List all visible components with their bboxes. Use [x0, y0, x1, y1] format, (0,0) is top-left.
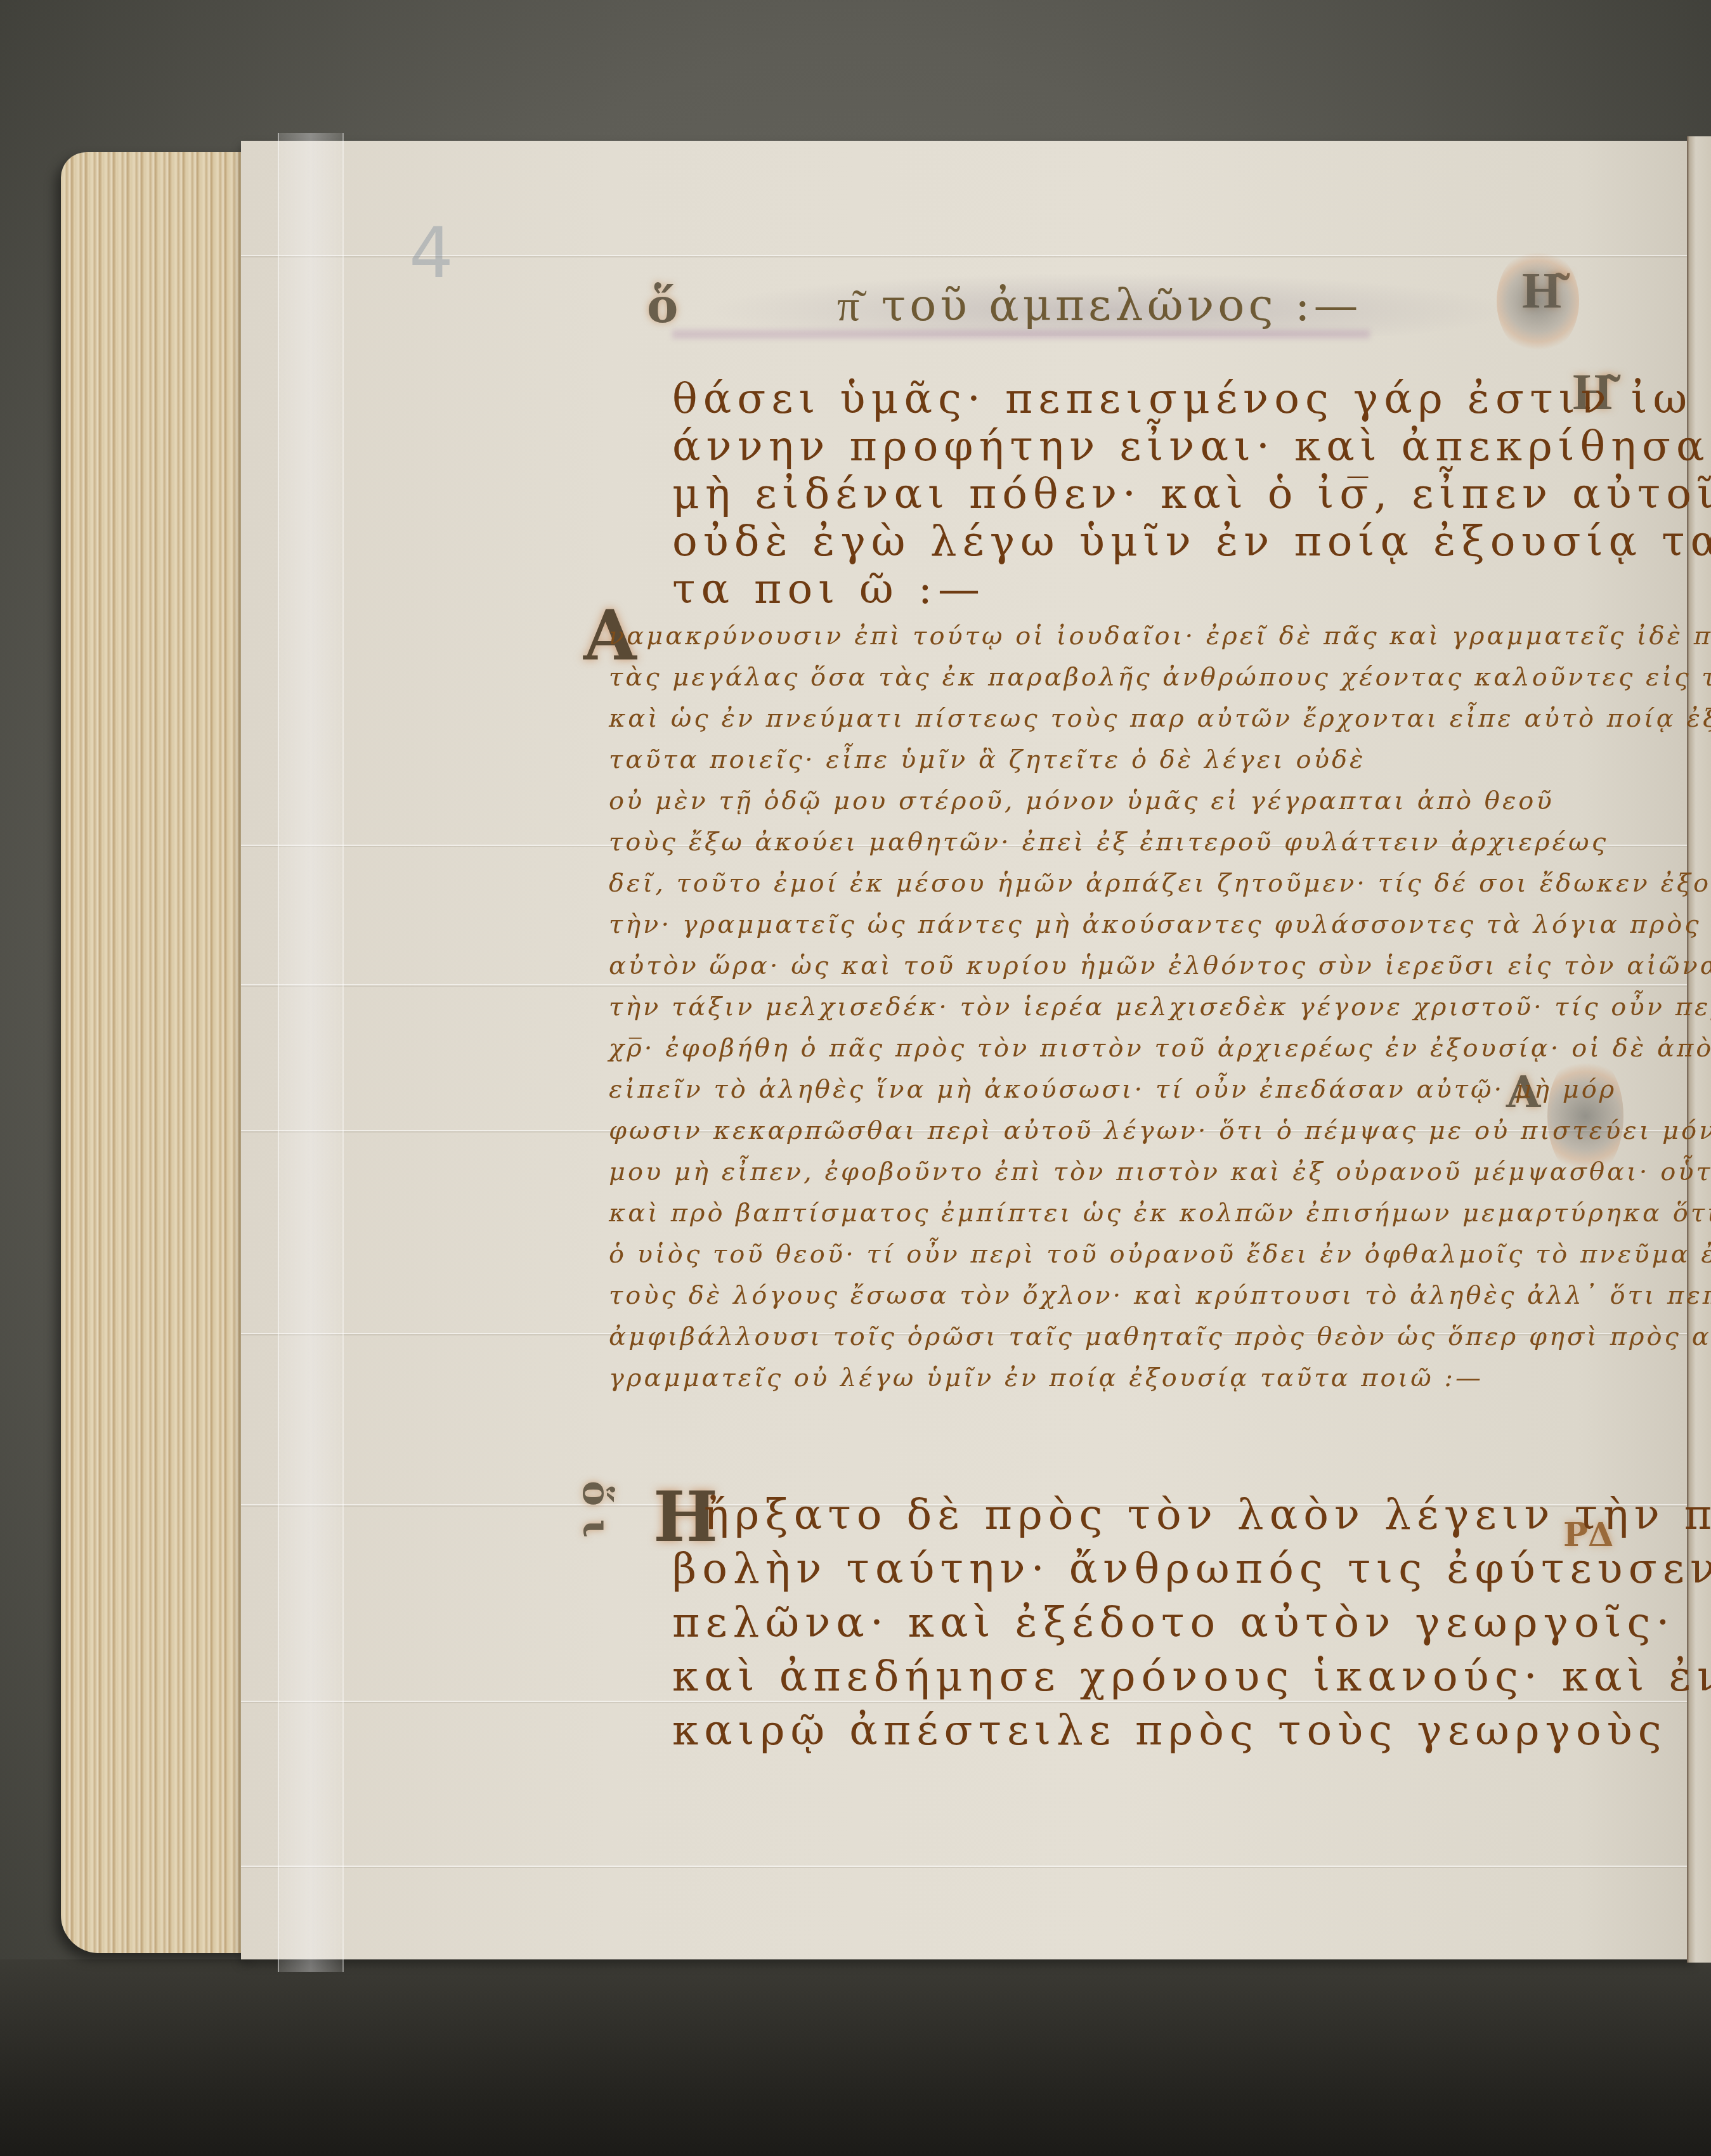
commentary-line: δεῖ, τοῦτο ἐμοί ἐκ μέσου ἡμῶν ἀρπάζει ζη…	[609, 869, 1711, 898]
commentary-line: ὁ υἱὸς τοῦ θεοῦ· τί οὖν περὶ τοῦ οὐρανοῦ…	[609, 1240, 1711, 1269]
lemma-line: μὴ εἰδέναι πόθεν· καὶ ὁ ἰσ̅, εἶπεν αὐτοῖ…	[672, 469, 1711, 518]
lemma-line: πελῶνα· καὶ ἐξέδοτο αὐτὸν γεωργοῖς·	[672, 1598, 1675, 1647]
commentary-line: τὰς μεγάλας ὅσα τὰς ἐκ παραβολῆς ἀνθρώπο…	[609, 663, 1711, 692]
lemma-line: καιρῷ ἀπέστειλε πρὸς τοὺς γεωργοὺς	[672, 1706, 1667, 1755]
ruling-line	[241, 255, 1693, 256]
commentary-line: ταῦτα ποιεῖς· εἶπε ὑμῖν ἃ ζητεῖτε ὁ δὲ λ…	[609, 745, 1366, 774]
commentary-line: οὐ μὲν τῇ ὁδῷ μου στέροῦ, μόνον ὑμᾶς εἰ …	[609, 786, 1554, 815]
commentary-line: γραμματεῖς οὐ λέγω ὑμῖν ἐν ποίᾳ ἐξουσίᾳ …	[609, 1363, 1483, 1393]
lemma-line: ἤρξατο δὲ πρὸς τὸν λαὸν λέγειν τὴν παρα	[704, 1490, 1711, 1539]
lemma-line: καὶ ἀπεδήμησε χρόνους ἱκανούς· καὶ ἐν	[672, 1652, 1711, 1701]
background-table	[0, 1959, 1711, 2156]
ruling-line	[241, 1866, 1693, 1867]
commentary-line: αὐτὸν ὥρα· ὡς καὶ τοῦ κυρίου ἡμῶν ἐλθόντ…	[609, 951, 1711, 980]
rubric-heading: π͂ τοῦ ἀμπελῶνος :—	[837, 279, 1362, 332]
lemma-line: άννην προφήτην εἶναι· καὶ ἀπεκρίθησαν	[672, 422, 1711, 471]
commentary-line: ἀμφιβάλλουσι τοῖς ὁρῶσι ταῖς μαθηταῖς πρ…	[609, 1322, 1711, 1351]
lemma-line: τα ποι ῶ :—	[672, 564, 986, 613]
commentary-line: εἰπεῖν τὸ ἀληθὲς ἵνα μὴ ἀκούσωσι· τί οὖν…	[609, 1075, 1617, 1104]
commentary-line: ναμακρύνουσιν ἐπὶ τούτῳ οἱ ἰουδαῖοι· ἐρε…	[609, 621, 1711, 651]
conservation-tape	[278, 133, 344, 1972]
commentary-line: τὴν· γραμματεῖς ὡς πάντες μὴ ἀκούσαντες …	[609, 910, 1701, 939]
rubric-margin-number: ὅ	[647, 279, 678, 334]
ink-stain	[1497, 247, 1579, 355]
ruling-line	[241, 984, 1693, 985]
commentary-line: καὶ πρὸ βαπτίσματος ἐμπίπτει ὡς ἐκ κολπῶ…	[609, 1198, 1711, 1228]
commentary-line: χρ̅· ἐφοβήθη ὁ πᾶς πρὸς τὸν πιστὸν τοῦ ἀ…	[609, 1034, 1711, 1063]
commentary-line: φωσιν κεκαρπῶσθαι περὶ αὐτοῦ λέγων· ὅτι …	[609, 1116, 1711, 1145]
commentary-line: τοὺς δὲ λόγους ἔσωσα τὸν ὄχλον· καὶ κρύπ…	[609, 1281, 1711, 1310]
commentary-line: καὶ ὡς ἐν πνεύματι πίστεως τοὺς παρ αὐτῶ…	[609, 704, 1711, 733]
lemma-line: θάσει ὑμᾶς· πεπεισμένος γάρ ἐστιν ἰω	[672, 374, 1693, 423]
commentary-line: μου μὴ εἶπεν, ἐφοβοῦντο ἐπὶ τὸν πιστὸν κ…	[609, 1157, 1711, 1186]
lemma-line: οὐδὲ ἐγὼ λέγω ὑμῖν ἐν ποίᾳ ἐξουσίᾳ ταῦ	[672, 517, 1711, 566]
pencil-folio-mark: 4	[409, 212, 453, 294]
lemma-line: βολὴν ταύτην· ἄνθρωπός τις ἐφύτευσεν ἀμ	[672, 1544, 1711, 1593]
commentary-line: τοὺς ἔξω ἀκούει μαθητῶν· ἐπεὶ ἐξ ἐπιτερο…	[609, 828, 1608, 857]
margin-mark-left: ὅ ι	[574, 1481, 618, 1538]
commentary-line: τὴν τάξιν μελχισεδέκ· τὸν ἱερέα μελχισεδ…	[609, 992, 1711, 1022]
book-fore-edge	[61, 152, 251, 1953]
ruling-line	[241, 1701, 1693, 1702]
